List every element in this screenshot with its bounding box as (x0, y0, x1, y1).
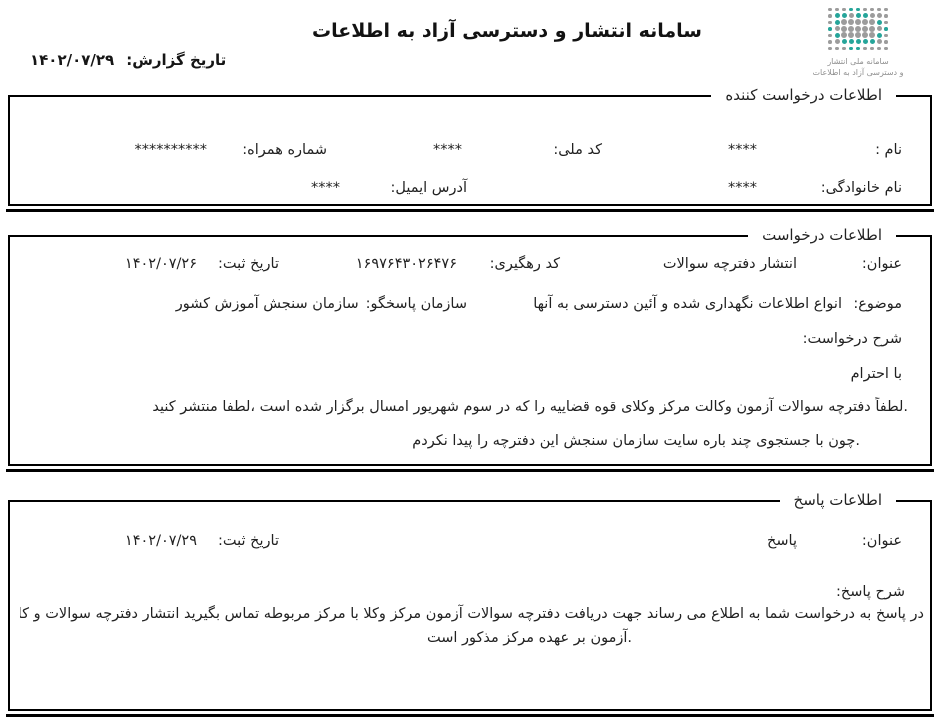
logo-caption-line2: و دسترسی آزاد به اطلاعات (810, 67, 906, 78)
request-date-value: ۱۴۰۲/۰۷/۲۶ (125, 254, 197, 274)
email-value: **** (311, 178, 340, 198)
request-greeting-line: با احترام (851, 364, 902, 384)
request-body-line1: .لطفاً دفترچه سوالات آزمون وکالت مرکز وک… (20, 397, 908, 417)
mobile-label: شماره همراه: (242, 140, 327, 160)
national-id-value: **** (433, 140, 462, 160)
national-id-label: کد ملی: (553, 140, 602, 160)
response-title-label: عنوان: (862, 531, 902, 551)
section-title: اطلاعات درخواست (748, 225, 896, 246)
section-response-info: اطلاعات پاسخ عنوان: پاسخ تاریخ ثبت: ۱۴۰۲… (8, 500, 932, 711)
name-label: نام : (875, 140, 902, 160)
response-date-label: تاریخ ثبت: (218, 531, 279, 551)
response-title-value: پاسخ (767, 531, 797, 551)
request-description-label: شرح درخواست: (803, 329, 902, 349)
site-logo: سامانه ملی انتشار و دسترسی آزاد به اطلاع… (810, 6, 906, 78)
response-body-line1: در پاسخ به درخواست شما به اطلاع می رساند… (20, 604, 924, 624)
subject-value: انواع اطلاعات نگهداری شده و آئین دسترسی … (533, 294, 842, 314)
request-title-value: انتشار دفترچه سوالات (663, 254, 797, 274)
tracking-code-label: کد رهگیری: (490, 254, 560, 274)
response-description-label: شرح پاسخ: (836, 582, 905, 602)
responder-org-value: سازمان سنجش آموزش کشور (176, 294, 359, 314)
logo-caption-line1: سامانه ملی انتشار (810, 56, 906, 67)
section-requester-info: اطلاعات درخواست کننده نام : **** کد ملی:… (8, 95, 932, 206)
section-title: اطلاعات پاسخ (780, 490, 896, 511)
last-name-label: نام خانوادگی: (821, 178, 902, 198)
request-body-line2: .چون با جستجوی چند باره سایت سازمان سنجش… (412, 431, 860, 451)
section-request-info: اطلاعات درخواست عنوان: انتشار دفترچه سوا… (8, 235, 932, 466)
dots-grid-logo-icon (827, 6, 890, 52)
report-date-value: ۱۴۰۲/۰۷/۲۹ (30, 51, 114, 69)
report-date: تاریخ گزارش: ۱۴۰۲/۰۷/۲۹ (30, 51, 226, 69)
foia-report-page: { "page": { "title": "سامانه انتشار و دس… (0, 0, 942, 728)
response-body-line2: .آزمون بر عهده مرکز مذکور است (427, 628, 632, 648)
responder-org-label: سازمان پاسخگو: (366, 294, 467, 314)
last-name-value: **** (728, 178, 757, 198)
email-label: آدرس ایمیل: (391, 178, 468, 198)
subject-label: موضوع: (853, 294, 902, 314)
mobile-value: ********** (135, 140, 208, 160)
responder-org: سازمان پاسخگو: سازمان سنجش آموزش کشور (176, 294, 467, 314)
report-date-label: تاریخ گزارش: (126, 51, 226, 69)
tracking-code-value: ۱۶۹۷۶۴۳۰۲۶۴۷۶ (356, 254, 457, 274)
response-date-value: ۱۴۰۲/۰۷/۲۹ (125, 531, 197, 551)
request-title-label: عنوان: (862, 254, 902, 274)
request-date-label: تاریخ ثبت: (218, 254, 279, 274)
section-title: اطلاعات درخواست کننده (711, 85, 896, 106)
name-value: **** (728, 140, 757, 160)
